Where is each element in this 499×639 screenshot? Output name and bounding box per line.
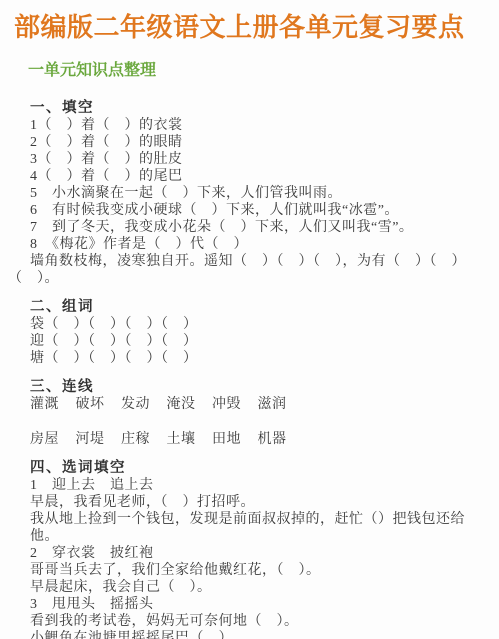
fill-blank-item-1: 1（ ）着（ ）的衣裳 (30, 117, 489, 134)
section-word-choice-heading: 四、选词填空 (30, 460, 489, 477)
section-matching: 三、连线 灌溉 破坏 发动 淹没 冲毁 滋润 房屋 河堤 庄稼 土壤 田地 机器 (30, 379, 489, 448)
section-word-forming-heading: 二、组词 (30, 299, 489, 316)
poem-fill-blank-line: 墙角数枝梅，凌寒独自开。遥知（ ）（ ）（ ），为有（ ）（ ）（ ）。 (8, 253, 489, 287)
matching-word: 机器 (258, 431, 287, 448)
section-fill-blanks: 一、填空 1（ ）着（ ）的衣裳 2（ ）着（ ）的眼睛 3（ ）着（ ）的肚皮… (30, 100, 489, 287)
word-choice-sentence: 早晨，我看见老师，（ ）打招呼。 (30, 494, 489, 511)
matching-word: 土壤 (167, 431, 196, 448)
worksheet-content: 一、填空 1（ ）着（ ）的衣裳 2（ ）着（ ）的眼睛 3（ ）着（ ）的肚皮… (30, 100, 489, 639)
word-choice-options-2: 2 穿衣裳 披红袍 (30, 545, 489, 562)
word-choice-sentence: 看到我的考试卷，妈妈无可奈何地（ ）。 (30, 613, 489, 630)
matching-word: 发动 (121, 396, 150, 413)
matching-word: 庄稼 (121, 431, 150, 448)
matching-word: 灌溉 (30, 396, 59, 413)
fill-blank-item-5: 5 小水滴聚在一起（ ）下来，人们管我叫雨。 (30, 185, 489, 202)
page-title: 部编版二年级语文上册各单元复习要点 (0, 0, 499, 46)
worksheet-page: 部编版二年级语文上册各单元复习要点 一单元知识点整理 一、填空 1（ ）着（ ）… (0, 0, 499, 639)
matching-row-top: 灌溉 破坏 发动 淹没 冲毁 滋润 (30, 396, 489, 413)
matching-word: 破坏 (76, 396, 105, 413)
section-matching-heading: 三、连线 (30, 379, 489, 396)
matching-row-bottom: 房屋 河堤 庄稼 土壤 田地 机器 (30, 431, 489, 448)
word-choice-options-1: 1 迎上去 追上去 (30, 477, 489, 494)
word-choice-sentence: 哥哥当兵去了，我们全家给他戴红花，（ ）。 (30, 562, 489, 579)
matching-word: 田地 (212, 431, 241, 448)
fill-blank-item-7: 7 到了冬天，我变成小花朵（ ）下来，人们又叫我“雪”。 (30, 219, 489, 236)
fill-blank-item-2: 2（ ）着（ ）的眼睛 (30, 134, 489, 151)
matching-word: 冲毁 (212, 396, 241, 413)
fill-blank-item-3: 3（ ）着（ ）的肚皮 (30, 151, 489, 168)
section-word-choice: 四、选词填空 1 迎上去 追上去 早晨，我看见老师，（ ）打招呼。 我从地上捡到… (30, 460, 489, 639)
word-choice-sentence: 小鲤鱼在池塘里摇摇尾巴（ ）。 (30, 630, 489, 639)
fill-blank-item-8: 8 《梅花》作者是（ ）代（ ） (30, 236, 489, 253)
word-forming-item-3: 塘（ ）（ ）（ ）（ ） (30, 350, 489, 367)
word-choice-options-3: 3 甩甩头 摇摇头 (30, 596, 489, 613)
section-word-forming: 二、组词 袋（ ）（ ）（ ）（ ） 迎（ ）（ ）（ ）（ ） 塘（ ）（ ）… (30, 299, 489, 367)
section-fill-blanks-heading: 一、填空 (30, 100, 489, 117)
page-subtitle: 一单元知识点整理 (28, 61, 499, 80)
matching-word: 房屋 (30, 431, 59, 448)
word-forming-item-1: 袋（ ）（ ）（ ）（ ） (30, 316, 489, 333)
word-forming-item-2: 迎（ ）（ ）（ ）（ ） (30, 333, 489, 350)
fill-blank-item-6: 6 有时候我变成小硬球（ ）下来，人们就叫我“冰雹”。 (30, 202, 489, 219)
word-choice-sentence: 早晨起床，我会自己（ ）。 (30, 579, 489, 596)
word-choice-sentence: 我从地上捡到一个钱包，发现是前面叔叔掉的，赶忙（）把钱包还给他。 (30, 511, 489, 545)
matching-word: 淹没 (167, 396, 196, 413)
matching-word: 河堤 (76, 431, 105, 448)
fill-blank-item-4: 4（ ）着（ ）的尾巴 (30, 168, 489, 185)
matching-word: 滋润 (258, 396, 287, 413)
